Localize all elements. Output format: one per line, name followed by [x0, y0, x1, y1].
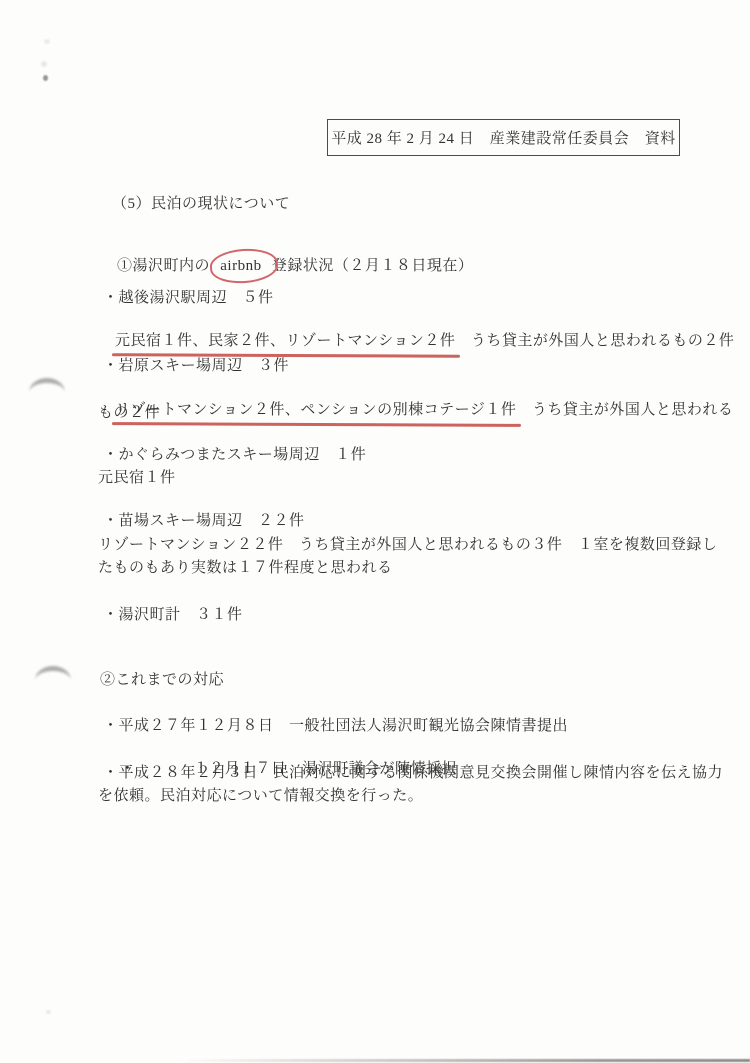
area-kagura-title: ・かぐらみつまたスキー場周辺 １件: [103, 445, 366, 465]
airbnb-status-heading: ①湯沢町内の airbnb 登録状況（２月１８日現在）: [100, 236, 473, 296]
document-header-box: 平成 28 年 2 月 24 日 産業建設常任委員会 資料: [327, 119, 680, 156]
section-title: （5）民泊の現状について: [112, 194, 290, 214]
area-echigo-detail-rest: うち貸主が外国人と思われるもの２件: [455, 333, 734, 349]
red-underlined-text: 元民宿１件、民家２件、リゾートマンション２件: [115, 331, 455, 351]
airbnb-circled-word: airbnb: [214, 256, 267, 276]
area-echigo-title: ・越後湯沢駅周辺 ５件: [103, 288, 274, 308]
scan-speck: [43, 75, 48, 81]
scan-speck: [41, 61, 47, 67]
area-naeba-title: ・苗場スキー場周辺 ２２件: [103, 511, 305, 531]
red-underlined-text: リゾートマンション２件、ペンションの別棟コテージ１件: [115, 400, 516, 420]
area-iwappara-title: ・岩原スキー場周辺 ３件: [103, 356, 289, 376]
scan-bottom-edge: [0, 1059, 750, 1062]
response-item-3-cont: を依頼。民泊対応について情報交換を行った。: [98, 786, 423, 806]
area-iwappara-detail-cont: もの２件: [98, 403, 160, 423]
area-naeba-detail: リゾートマンション２２件 うち貸主が外国人と思われるもの３件 １室を複数回登録し: [98, 535, 717, 555]
scan-speck: [44, 39, 50, 44]
area-naeba-detail-cont: たものもあり実数は１７件程度と思われる: [98, 558, 393, 578]
area-kagura-detail: 元民宿１件: [98, 468, 176, 488]
scan-speck: [46, 1010, 51, 1014]
response-item-3: ・平成２８年２月３日 民泊対応に関する関係機関意見交換会開催し陳情内容を伝え協力: [103, 763, 723, 783]
response-item-1: ・平成２７年１２月８日 一般社団法人湯沢町観光協会陳情書提出: [103, 716, 568, 736]
area-total: ・湯沢町計 ３１件: [103, 605, 243, 625]
airbnb-text: airbnb: [220, 258, 261, 274]
header-text: 平成 28 年 2 月 24 日 産業建設常任委員会 資料: [331, 127, 676, 148]
responses-heading: ②これまでの対応: [100, 670, 224, 690]
punch-hole-shadow: [29, 378, 65, 407]
area-iwappara-detail: リゾートマンション２件、ペンションの別棟コテージ１件 うち貸主が外国人と思われる: [98, 380, 733, 440]
heading-prefix: ①湯沢町内の: [117, 258, 214, 274]
area-iwappara-detail-rest: うち貸主が外国人と思われる: [516, 402, 733, 418]
heading-suffix: 登録状況（２月１８日現在）: [268, 258, 474, 274]
punch-hole-shadow: [35, 666, 71, 695]
scanned-document-page: 平成 28 年 2 月 24 日 産業建設常任委員会 資料 （5）民泊の現状につ…: [0, 0, 750, 1063]
